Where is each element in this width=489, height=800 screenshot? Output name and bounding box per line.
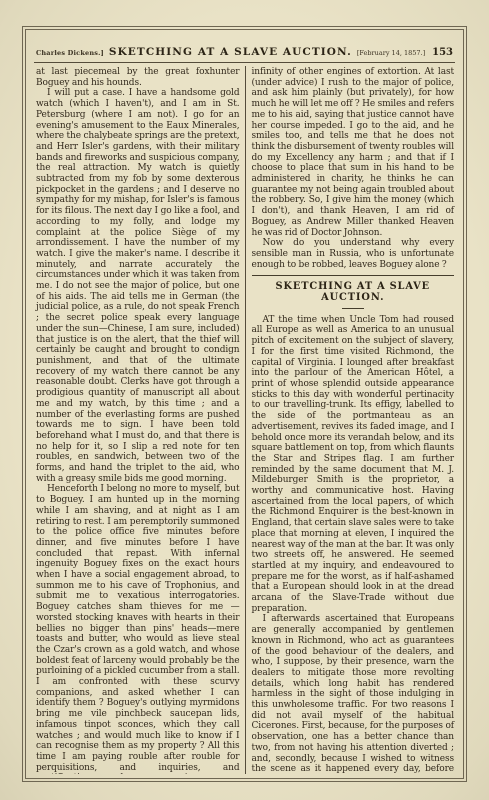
right-column: infinity of other engines of extortion. … xyxy=(245,66,456,774)
page-content-area: Charles Dickens.] SKETCHING AT A SLAVE A… xyxy=(25,29,464,779)
paragraph: Henceforth I belong no more to myself, b… xyxy=(36,484,240,774)
header-title: SKETCHING AT A SLAVE AUCTION. xyxy=(109,46,352,58)
left-column: at last piecemeal by the great foxhunter… xyxy=(34,66,245,774)
header-rule xyxy=(34,62,455,63)
article-body: AT the time when Uncle Tom had roused al… xyxy=(252,315,455,774)
section-divider-rule xyxy=(252,275,455,276)
paragraph: AT the time when Uncle Tom had roused al… xyxy=(252,315,455,615)
scanned-page: Charles Dickens.] SKETCHING AT A SLAVE A… xyxy=(0,0,489,800)
text-columns: at last piecemeal by the great foxhunter… xyxy=(34,66,455,774)
running-header: Charles Dickens.] SKETCHING AT A SLAVE A… xyxy=(34,46,455,58)
paragraph: infinity of other engines of extortion. … xyxy=(252,67,455,238)
page-number: 153 xyxy=(432,47,453,58)
paragraph: Now do you understand why every sensible… xyxy=(252,238,455,270)
page-border-frame: Charles Dickens.] SKETCHING AT A SLAVE A… xyxy=(22,26,467,782)
paragraph: I afterwards ascertained that Europeans … xyxy=(252,614,455,774)
paragraph: at last piecemeal by the great foxhunter… xyxy=(36,67,240,88)
paragraph: I will put a case. I have a handsome gol… xyxy=(36,88,240,484)
header-date-bracket: [February 14, 1857.] xyxy=(357,49,425,57)
header-date: [February 14, 1857.]153 xyxy=(357,47,453,58)
header-author: Charles Dickens.] xyxy=(36,49,104,57)
heading-ornament-rule xyxy=(342,308,364,309)
previous-article-end: infinity of other engines of extortion. … xyxy=(252,67,455,270)
section-heading: SKETCHING AT A SLAVE AUCTION. xyxy=(252,282,455,303)
